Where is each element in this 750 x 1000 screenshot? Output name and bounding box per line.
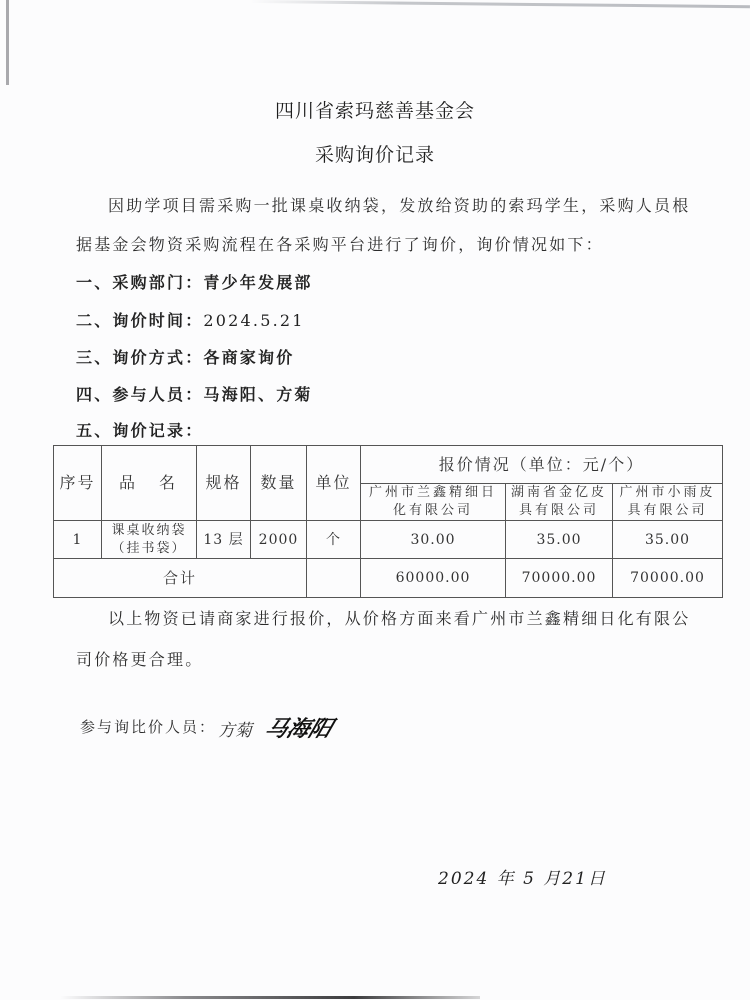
cell-spec: 13 层: [197, 521, 251, 559]
item-inquiry-method: 三、询价方式：各商家询价: [76, 345, 294, 368]
vendor-line2: 具有限公司: [506, 502, 612, 520]
item-name-line2: （挂书袋）: [102, 540, 196, 558]
cell-price-vendor-3: 35.00: [613, 521, 723, 559]
header-vendor-2: 湖南省金亿皮 具有限公司: [506, 484, 613, 521]
item-inquiry-time: 二、询价时间：2024.5.21: [76, 308, 305, 331]
cell-total-label: 合计: [54, 559, 307, 598]
table-total-row: 合计 60000.00 70000.00 70000.00: [54, 559, 723, 598]
intro-paragraph-line1: 因助学项目需采购一批课桌收纳袋，发放给资助的索玛学生，采购人员根: [108, 193, 728, 216]
table-row: 1 课桌收纳袋 （挂书袋） 13 层 2000 个 30.00 35.00 35…: [54, 521, 723, 559]
cell-index: 1: [54, 521, 102, 559]
document-subtitle: 采购询价记录: [0, 140, 750, 167]
item-inquiry-record: 五、询价记录：: [76, 418, 203, 441]
scan-edge-bottom: [60, 996, 480, 999]
cell-total-vendor-2: 70000.00: [506, 559, 613, 598]
scanned-page: 四川省索玛慈善基金会 采购询价记录 因助学项目需采购一批课桌收纳袋，发放给资助的…: [0, 0, 750, 1000]
header-vendor-3: 广州市小雨皮 具有限公司: [613, 484, 723, 521]
cell-total-unit: [307, 559, 361, 598]
cell-quantity: 2000: [251, 521, 307, 559]
header-spec: 规格: [197, 446, 251, 521]
item-label: 四、参与人员：: [76, 385, 203, 404]
item-name-line1: 课桌收纳袋: [102, 522, 196, 540]
cell-total-vendor-1: 60000.00: [361, 559, 506, 598]
header-quote-group: 报价情况（单位：元/个）: [361, 446, 723, 484]
conclusion-line2: 司价格更合理。: [76, 647, 716, 670]
cell-item-name: 课桌收纳袋 （挂书袋）: [102, 521, 197, 559]
header-item-name: 品 名: [102, 446, 197, 521]
item-value: 2024.5.21: [203, 311, 304, 330]
item-label: 二、询价时间：: [76, 311, 203, 330]
item-label: 五、询价记录：: [76, 421, 203, 440]
document-title: 四川省索玛慈善基金会: [0, 96, 750, 123]
handwritten-date: 2024 年 5 月21日: [438, 864, 607, 889]
item-value: 马海阳、方菊: [203, 385, 312, 404]
cell-price-vendor-2: 35.00: [506, 521, 613, 559]
item-label: 三、询价方式：: [76, 348, 203, 367]
item-label: 一、采购部门：: [76, 273, 203, 292]
vendor-line1: 广州市兰鑫精细日: [361, 484, 505, 502]
signature-ma-haiyang: 马海阳: [261, 712, 337, 743]
inquiry-record-table: 序号 品 名 规格 数量 单位 报价情况（单位：元/个） 广州市兰鑫精细日 化有…: [53, 445, 723, 598]
item-department: 一、采购部门：青少年发展部: [76, 270, 313, 293]
item-value: 青少年发展部: [203, 273, 312, 292]
cell-price-vendor-1: 30.00: [361, 521, 506, 559]
cell-total-vendor-3: 70000.00: [613, 559, 723, 598]
participants-label: 参与询比价人员：: [80, 716, 216, 737]
item-value: 各商家询价: [203, 348, 294, 367]
header-unit: 单位: [307, 446, 361, 521]
table-header-row: 序号 品 名 规格 数量 单位 报价情况（单位：元/个）: [54, 446, 723, 484]
vendor-line2: 具有限公司: [613, 502, 722, 520]
vendor-line1: 广州市小雨皮: [613, 484, 722, 502]
header-vendor-1: 广州市兰鑫精细日 化有限公司: [361, 484, 506, 521]
intro-paragraph-line2: 据基金会物资采购流程在各采购平台进行了询价，询价情况如下：: [76, 232, 716, 255]
signature-fang-ju: 方菊: [218, 716, 252, 741]
scan-edge-left: [6, 0, 9, 85]
scan-edge-top: [250, 0, 750, 8]
conclusion-line1: 以上物资已请商家进行报价，从价格方面来看广州市兰鑫精细日化有限公: [108, 606, 728, 629]
header-quantity: 数量: [251, 446, 307, 521]
cell-unit: 个: [307, 521, 361, 559]
header-index: 序号: [54, 446, 102, 521]
vendor-line1: 湖南省金亿皮: [506, 484, 612, 502]
item-participants: 四、参与人员：马海阳、方菊: [76, 382, 313, 405]
vendor-line2: 化有限公司: [361, 502, 505, 520]
